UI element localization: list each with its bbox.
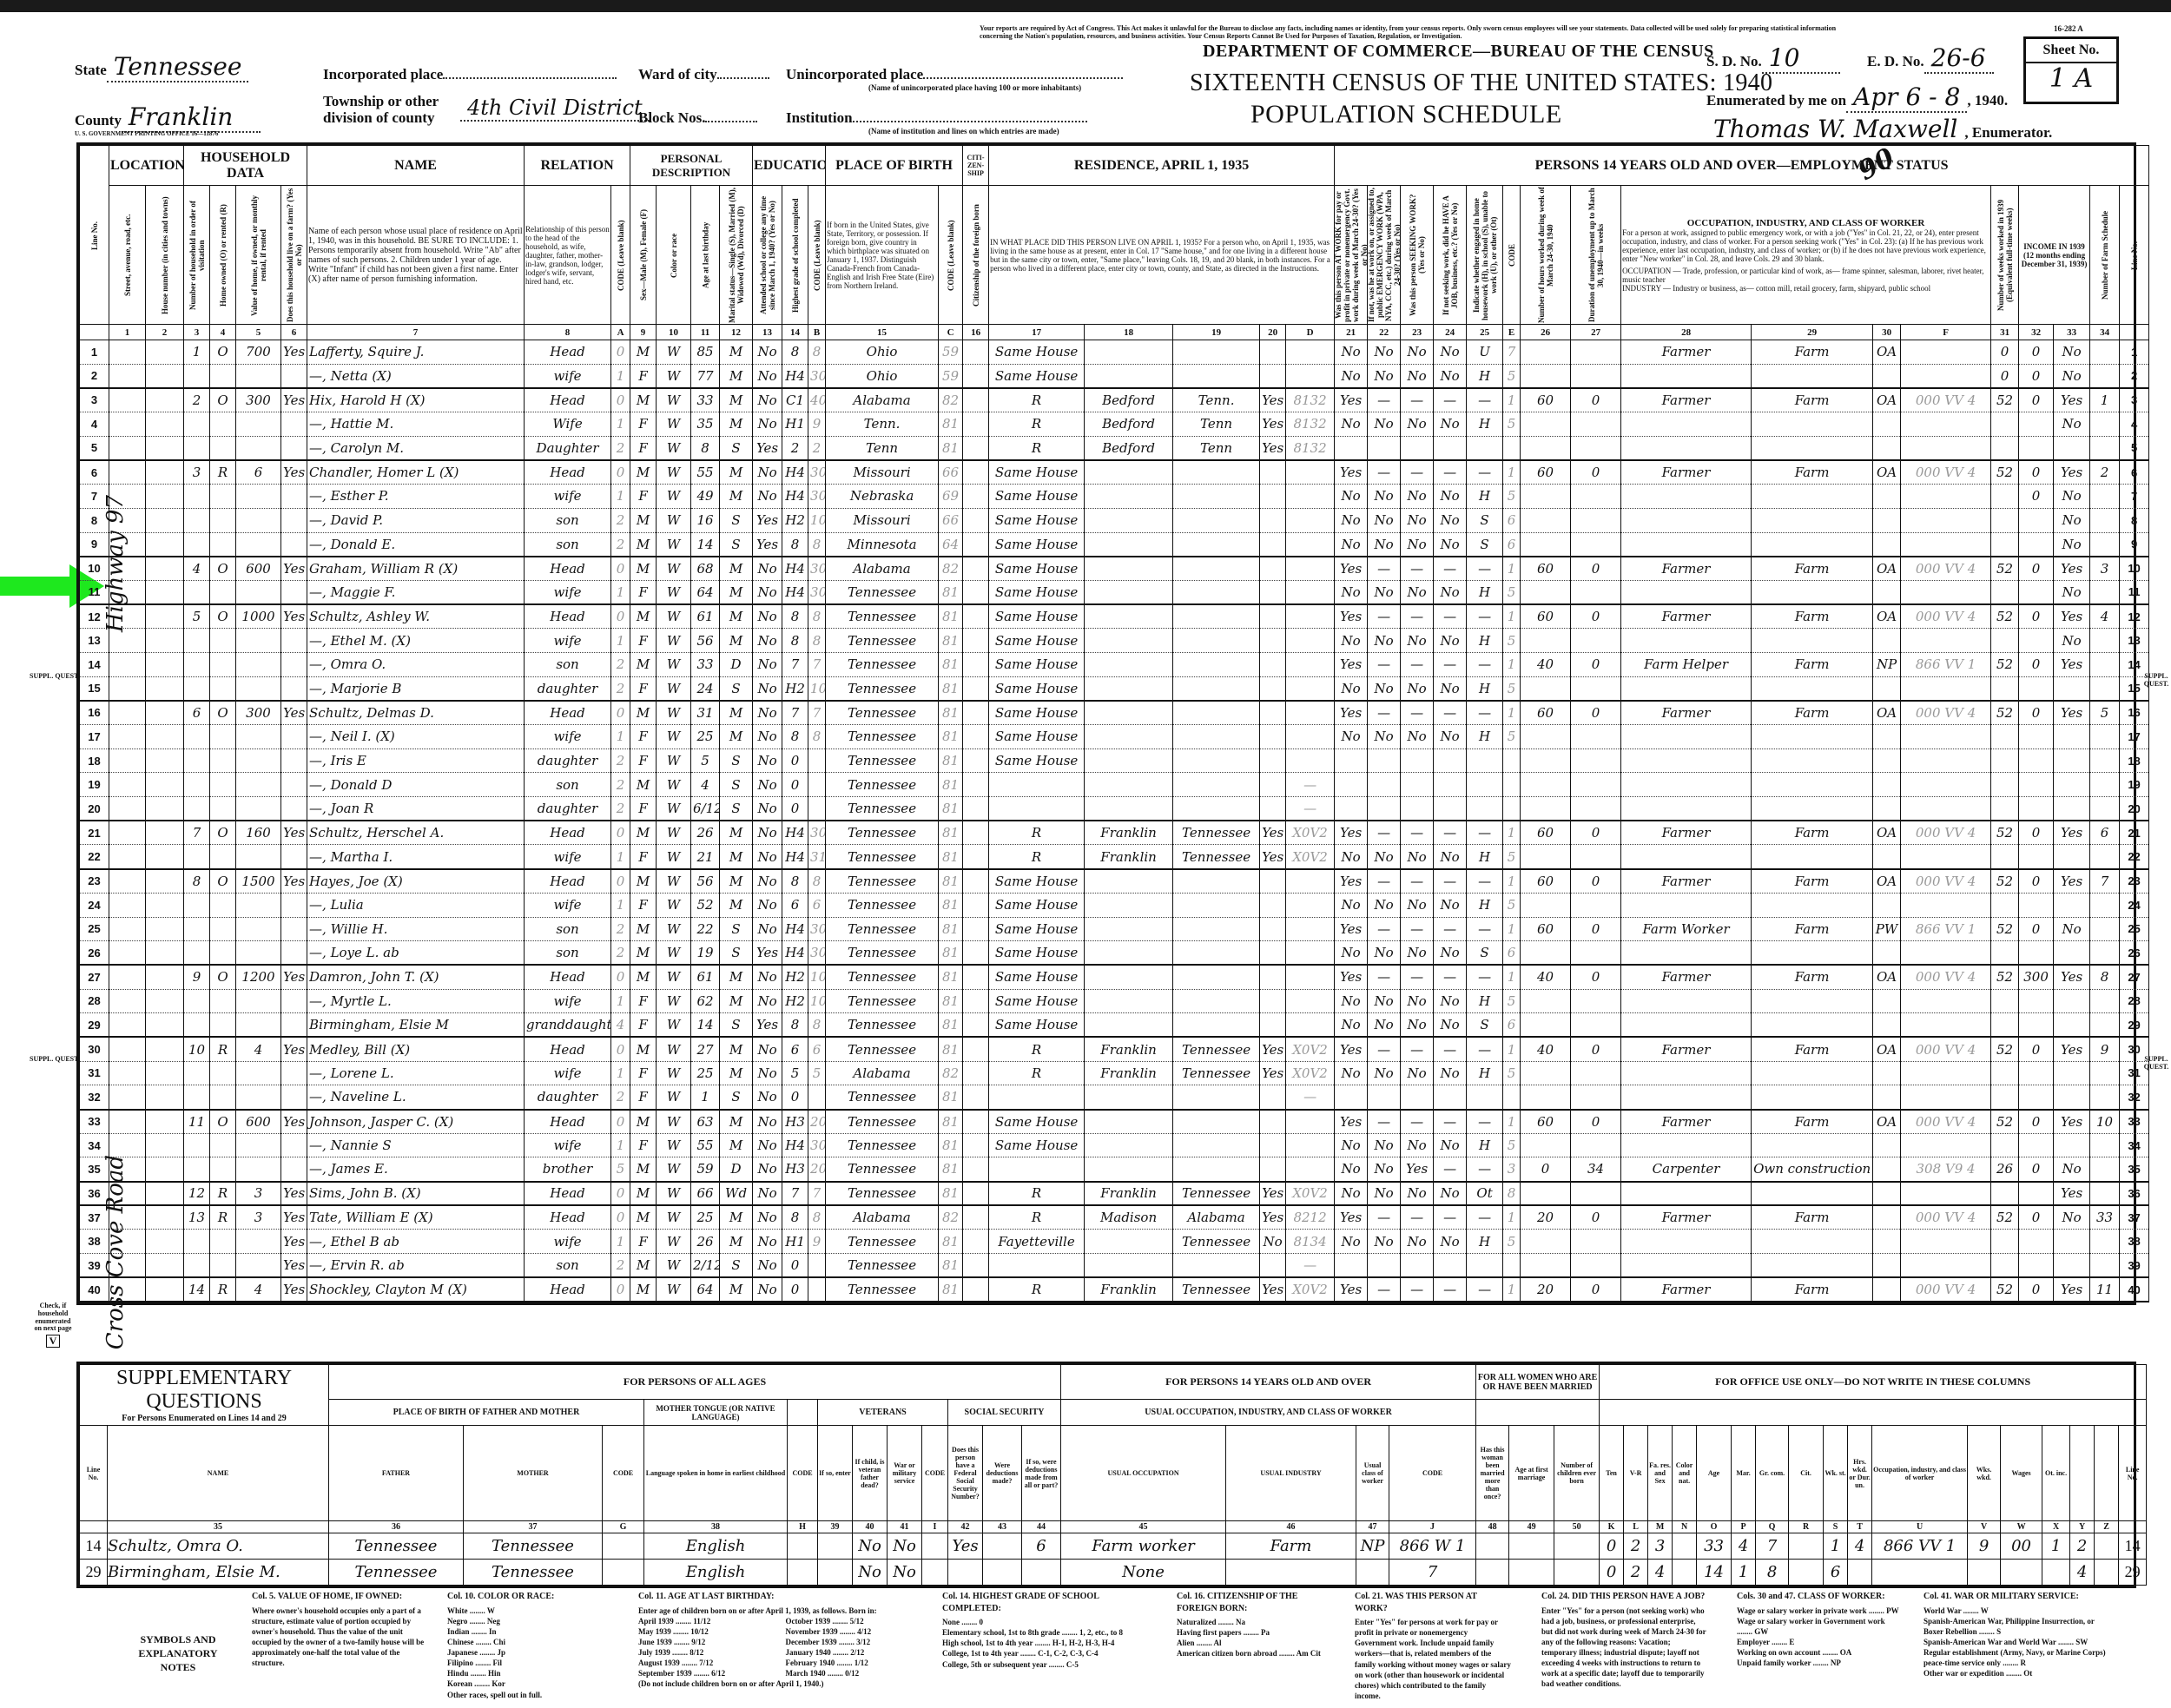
- cell-c27: [1571, 412, 1621, 437]
- cell-cit: [963, 917, 989, 941]
- cell-r20: [1260, 364, 1286, 388]
- table-row: 19—, Donald Dson2MW4SNo0Tennessee81—19: [80, 773, 2149, 797]
- line-number: 30: [2120, 1037, 2149, 1061]
- cell-race: W: [657, 1061, 691, 1085]
- cell-house: [146, 629, 184, 653]
- cell-hh: [184, 580, 210, 604]
- cell-mar: S: [720, 532, 753, 557]
- cell-occ: Farmer: [1621, 701, 1752, 725]
- cell-a: 1: [611, 893, 630, 917]
- cell-ind: [1752, 1133, 1873, 1157]
- cell-name: Hix, Harold H (X): [307, 388, 525, 412]
- line-number: 9: [2120, 532, 2149, 557]
- office-use-header: FOR OFFICE USE ONLY—DO NOT WRITE IN THES…: [1600, 1365, 2147, 1400]
- cell-grade: H3: [782, 1157, 808, 1182]
- cell-cit: [963, 965, 989, 989]
- cell-c27: 0: [1571, 557, 1621, 581]
- cell-street: [109, 773, 146, 797]
- cell-name: —, Lulia: [307, 893, 525, 917]
- cell-race: W: [657, 845, 691, 869]
- cell-c34: 1: [2090, 388, 2120, 412]
- cell-e: 5: [1503, 1133, 1521, 1157]
- cell-r18: [1085, 580, 1173, 604]
- cell-cit: [963, 460, 989, 485]
- cell-cit: [963, 388, 989, 412]
- cell-birth: Tennessee: [826, 965, 939, 989]
- cell-hh: 12: [184, 1182, 210, 1206]
- line-number: 19: [80, 773, 109, 797]
- cell-c32: 0: [2019, 1205, 2054, 1230]
- cell-r17: Same House: [989, 1013, 1085, 1038]
- cell-rel: Head: [525, 701, 611, 725]
- cell-hh: 10: [184, 1037, 210, 1061]
- cell-b: 40: [808, 388, 826, 412]
- col-line-no: Line No.: [80, 146, 109, 325]
- cell-birth: Tennessee: [826, 1085, 939, 1110]
- line-number: 34: [2120, 1133, 2149, 1157]
- cell-street: [109, 676, 146, 701]
- cell-sch: No: [753, 460, 782, 485]
- cell-c26: [1521, 364, 1571, 388]
- cell-grade: 6: [782, 893, 808, 917]
- sup-cell-w: 00: [2001, 1533, 2042, 1560]
- cell-e: 1: [1503, 917, 1521, 941]
- cell-c26: [1521, 580, 1571, 604]
- cell-cls: [1873, 1061, 1901, 1085]
- cell-c32: 0: [2019, 364, 2054, 388]
- cell-ind: Farm: [1752, 701, 1873, 725]
- cell-c24: —: [1434, 1037, 1467, 1061]
- cell-c25: H: [1467, 1230, 1503, 1254]
- note-item: Wage or salary worker in Government work…: [1737, 1616, 1902, 1637]
- cell-c34: 5: [2090, 701, 2120, 725]
- cell-farm: [281, 893, 307, 917]
- cell-cit: [963, 845, 989, 869]
- cell-c27: [1571, 436, 1621, 460]
- cell-cls: [1873, 532, 1901, 557]
- line-number: 7: [2120, 485, 2149, 509]
- cell-cls: OA: [1873, 869, 1901, 894]
- cell-race: W: [657, 869, 691, 894]
- cell-sch: No: [753, 1085, 782, 1110]
- cell-c24: —: [1434, 460, 1467, 485]
- cell-c33: No: [2054, 412, 2090, 437]
- cell-race: W: [657, 388, 691, 412]
- cell-c33: No: [2054, 508, 2090, 532]
- note-item: Employer ........ E: [1737, 1637, 1902, 1647]
- cell-ind: [1752, 1013, 1873, 1038]
- cell-race: W: [657, 364, 691, 388]
- cell-race: W: [657, 460, 691, 485]
- note-item: Spanish-American War and World War .....…: [1924, 1637, 2106, 1647]
- note-col11: Col. 11. AGE AT LAST BIRTHDAY:Enter age …: [638, 1591, 925, 1690]
- sup-cell-k: 0: [1600, 1533, 1624, 1560]
- cell-c22: [1368, 436, 1401, 460]
- cell-r19: Tennessee: [1173, 821, 1260, 845]
- cell-f: [1901, 580, 1991, 604]
- cell-r17: Same House: [989, 340, 1085, 365]
- cell-mar: Wd: [720, 1182, 753, 1206]
- sup-cell-j: 7: [1389, 1560, 1476, 1586]
- cell-c27: [1571, 1182, 1621, 1206]
- cell-r17: Same House: [989, 676, 1085, 701]
- cell-e: 1: [1503, 965, 1521, 989]
- cell-c27: [1571, 1133, 1621, 1157]
- cell-r17: Same House: [989, 532, 1085, 557]
- cell-c22: [1368, 797, 1401, 821]
- sup-cell-c48: [1476, 1533, 1509, 1560]
- cell-r19: Tennessee: [1173, 1037, 1260, 1061]
- line-number: 1: [80, 340, 109, 365]
- cell-r20: [1260, 580, 1286, 604]
- cell-c32: [2019, 845, 2054, 869]
- cell-hh: 14: [184, 1277, 210, 1302]
- cell-c23: [1401, 436, 1434, 460]
- cell-d: [1286, 508, 1335, 532]
- cell-a: 0: [611, 1182, 630, 1206]
- cell-f: [1901, 845, 1991, 869]
- cell-age: 59: [691, 1157, 720, 1182]
- cell-occ: Farm Worker: [1621, 917, 1752, 941]
- cell-ind: Farm: [1752, 557, 1873, 581]
- cell-c23: No: [1401, 941, 1434, 966]
- cell-race: W: [657, 748, 691, 773]
- group-citizenship: CITI-ZEN-SHIP: [963, 146, 989, 186]
- cell-r20: [1260, 989, 1286, 1013]
- cell-c: 81: [939, 1133, 963, 1157]
- cell-grade: 8: [782, 340, 808, 365]
- cell-c27: 0: [1571, 604, 1621, 629]
- cell-b: 8: [808, 869, 826, 894]
- cell-sex: M: [630, 557, 657, 581]
- cell-d: [1286, 532, 1335, 557]
- cell-r20: [1260, 1254, 1286, 1278]
- cell-name: —, Esther P.: [307, 485, 525, 509]
- cell-c32: [2019, 773, 2054, 797]
- cell-house: [146, 1230, 184, 1254]
- sup-cell-y: 4: [2070, 1560, 2095, 1586]
- cell-cls: [1873, 485, 1901, 509]
- cell-r17: Same House: [989, 460, 1085, 485]
- cell-value: 1500: [236, 869, 281, 894]
- cell-c26: [1521, 485, 1571, 509]
- cell-occ: [1621, 1013, 1752, 1038]
- cell-r17: Same House: [989, 917, 1085, 941]
- cell-age: 16: [691, 508, 720, 532]
- cell-grade: H4: [782, 1133, 808, 1157]
- cell-d: [1286, 1013, 1335, 1038]
- cell-c24: No: [1434, 340, 1467, 365]
- cell-house: [146, 652, 184, 676]
- cell-c25: —: [1467, 917, 1503, 941]
- cell-cls: OA: [1873, 821, 1901, 845]
- cell-race: W: [657, 1254, 691, 1278]
- supplementary-row: 14Schultz, Omra O.TennesseeTennesseeEngl…: [80, 1533, 2147, 1560]
- cell-rel: Wife: [525, 412, 611, 437]
- cell-name: —, Maggie F.: [307, 580, 525, 604]
- cell-c27: [1571, 989, 1621, 1013]
- cell-b: 30: [808, 941, 826, 966]
- cell-own: O: [210, 821, 236, 845]
- cell-c31: [1991, 1013, 2019, 1038]
- cell-birth: Tennessee: [826, 1277, 939, 1302]
- cell-cls: [1873, 1182, 1901, 1206]
- cell-e: 1: [1503, 557, 1521, 581]
- sup-cell-o: 33: [1697, 1533, 1732, 1560]
- cell-c: 81: [939, 917, 963, 941]
- cell-c23: —: [1401, 557, 1434, 581]
- sup-cell-l: 2: [1624, 1533, 1648, 1560]
- ed-field: E. D. No.26-6: [1867, 43, 1994, 74]
- cell-value: [236, 893, 281, 917]
- note-item: May 1939 ........ 10/12: [638, 1626, 778, 1637]
- cell-c21: No: [1335, 989, 1368, 1013]
- cell-grade: 8: [782, 725, 808, 749]
- cell-house: [146, 604, 184, 629]
- cell-name: —, Neil I. (X): [307, 725, 525, 749]
- cell-e: [1503, 436, 1521, 460]
- cell-a: 2: [611, 676, 630, 701]
- notes-title: SYMBOLS AND EXPLANATORY NOTES: [130, 1632, 226, 1675]
- cell-street: [109, 340, 146, 365]
- cell-c27: [1571, 773, 1621, 797]
- cell-c34: [2090, 989, 2120, 1013]
- cell-c23: —: [1401, 1037, 1434, 1061]
- cell-rel: Head: [525, 460, 611, 485]
- cell-c25: —: [1467, 1037, 1503, 1061]
- cell-c22: No: [1368, 340, 1401, 365]
- cell-c21: Yes: [1335, 1110, 1368, 1134]
- cell-house: [146, 893, 184, 917]
- note-item: March 1940 ........ 0/12: [786, 1668, 926, 1678]
- cell-r19: [1173, 917, 1260, 941]
- cell-sex: M: [630, 1110, 657, 1134]
- cell-race: W: [657, 1037, 691, 1061]
- cell-mar: D: [720, 1157, 753, 1182]
- cell-c26: 0: [1521, 1157, 1571, 1182]
- cell-c26: [1521, 1133, 1571, 1157]
- cell-c26: 60: [1521, 701, 1571, 725]
- cell-c: 81: [939, 1254, 963, 1278]
- cell-sex: F: [630, 1013, 657, 1038]
- cell-age: 85: [691, 340, 720, 365]
- cell-c25: [1467, 436, 1503, 460]
- group-location: LOCATION: [109, 146, 184, 186]
- cell-cit: [963, 1230, 989, 1254]
- sup-cell-cls: [1356, 1560, 1389, 1586]
- cell-cls: OA: [1873, 1110, 1901, 1134]
- cell-cit: [963, 1013, 989, 1038]
- cell-age: 64: [691, 1277, 720, 1302]
- cell-hh: [184, 1230, 210, 1254]
- cell-age: 49: [691, 485, 720, 509]
- note-item: August 1939 ........ 7/12: [638, 1658, 778, 1668]
- cell-r18: Franklin: [1085, 1037, 1173, 1061]
- cell-name: —, Carolyn M.: [307, 436, 525, 460]
- cell-hh: [184, 797, 210, 821]
- cell-occ: [1621, 845, 1752, 869]
- cell-farm: [281, 941, 307, 966]
- cell-occ: Farmer: [1621, 1110, 1752, 1134]
- note-item: December 1939 ........ 3/12: [786, 1637, 926, 1647]
- note-item: Alien ........ Al: [1177, 1638, 1333, 1648]
- cell-race: W: [657, 340, 691, 365]
- cell-race: W: [657, 1085, 691, 1110]
- cell-value: 600: [236, 557, 281, 581]
- cell-b: 5: [808, 1061, 826, 1085]
- cell-b: 2: [808, 436, 826, 460]
- cell-c25: S: [1467, 508, 1503, 532]
- cell-sch: No: [753, 917, 782, 941]
- cell-grade: 8: [782, 1205, 808, 1230]
- cell-c25: —: [1467, 869, 1503, 894]
- cell-street: [109, 1133, 146, 1157]
- sup-cell-i: [922, 1560, 948, 1586]
- sup-cell-q: 8: [1756, 1560, 1789, 1586]
- cell-c21: Yes: [1335, 652, 1368, 676]
- cell-c33: [2054, 773, 2090, 797]
- line-number: 20: [2120, 797, 2149, 821]
- cell-e: 6: [1503, 941, 1521, 966]
- cell-rel: Head: [525, 1037, 611, 1061]
- cell-mar: M: [720, 412, 753, 437]
- note-item: Korean ........ Kor: [447, 1678, 621, 1689]
- sup-cell-c40: No: [853, 1533, 888, 1560]
- cell-r19: Tenn: [1173, 436, 1260, 460]
- cell-b: 6: [808, 893, 826, 917]
- cell-sex: F: [630, 725, 657, 749]
- cell-c22: No: [1368, 412, 1401, 437]
- cell-sch: No: [753, 1205, 782, 1230]
- cell-c31: [1991, 532, 2019, 557]
- cell-r20: [1260, 748, 1286, 773]
- cell-c: 81: [939, 676, 963, 701]
- cell-e: 3: [1503, 1157, 1521, 1182]
- cell-f: 000 VV 4: [1901, 1277, 1991, 1302]
- sd-value: 10: [1762, 43, 1840, 74]
- cell-r18: [1085, 1110, 1173, 1134]
- cell-c21: Yes: [1335, 869, 1368, 894]
- cell-c22: —: [1368, 965, 1401, 989]
- note-item: College, 1st to 4th year ........ C-1, C…: [942, 1648, 1159, 1659]
- cell-hh: [184, 989, 210, 1013]
- note-item: July 1939 ........ 8/12: [638, 1647, 778, 1658]
- cell-sex: M: [630, 388, 657, 412]
- cell-c22: —: [1368, 821, 1401, 845]
- cell-d: 8132: [1286, 436, 1335, 460]
- cell-grade: 8: [782, 604, 808, 629]
- cell-house: [146, 388, 184, 412]
- cell-race: W: [657, 965, 691, 989]
- sup-cell-c50: [1554, 1560, 1600, 1586]
- cell-r17: R: [989, 1037, 1085, 1061]
- cell-c33: Yes: [2054, 1037, 2090, 1061]
- cell-c25: H: [1467, 989, 1503, 1013]
- table-row: 11—, Maggie F.wife1FW64MNoH430Tennessee8…: [80, 580, 2149, 604]
- cell-mar: S: [720, 1254, 753, 1278]
- cell-occ: [1621, 485, 1752, 509]
- cell-rel: Head: [525, 340, 611, 365]
- cell-ind: [1752, 773, 1873, 797]
- cell-a: 0: [611, 1277, 630, 1302]
- sup-cell-c41: No: [888, 1533, 922, 1560]
- cell-f: [1901, 989, 1991, 1013]
- cell-e: 6: [1503, 532, 1521, 557]
- cell-r18: Franklin: [1085, 1277, 1173, 1302]
- cell-sex: F: [630, 436, 657, 460]
- cell-c26: 60: [1521, 917, 1571, 941]
- cell-a: 2: [611, 652, 630, 676]
- cell-mar: S: [720, 797, 753, 821]
- cell-age: 14: [691, 1013, 720, 1038]
- cell-c31: 52: [1991, 460, 2019, 485]
- cell-r17: Same House: [989, 508, 1085, 532]
- line-number: 23: [80, 869, 109, 894]
- cell-c33: [2054, 1133, 2090, 1157]
- cell-c22: [1368, 773, 1401, 797]
- cell-c26: [1521, 676, 1571, 701]
- cell-mar: S: [720, 748, 753, 773]
- cell-own: R: [210, 1182, 236, 1206]
- cell-r17: [989, 773, 1085, 797]
- cell-r20: Yes: [1260, 821, 1286, 845]
- cell-rel: daughter: [525, 1085, 611, 1110]
- cell-c27: [1571, 845, 1621, 869]
- cell-own: [210, 676, 236, 701]
- cell-f: 000 VV 4: [1901, 869, 1991, 894]
- cell-c21: No: [1335, 1013, 1368, 1038]
- cell-house: [146, 821, 184, 845]
- cell-b: 10: [808, 508, 826, 532]
- cell-r18: [1085, 1013, 1173, 1038]
- cell-birth: Tennessee: [826, 725, 939, 749]
- cell-hh: [184, 941, 210, 966]
- cell-occ: [1621, 941, 1752, 966]
- cell-age: 25: [691, 1205, 720, 1230]
- cell-rel: brother: [525, 1157, 611, 1182]
- cell-grade: H2: [782, 965, 808, 989]
- cell-birth: Tennessee: [826, 1254, 939, 1278]
- cell-name: —, Marjorie B: [307, 676, 525, 701]
- cell-e: 1: [1503, 604, 1521, 629]
- cell-e: 5: [1503, 412, 1521, 437]
- cell-sex: F: [630, 364, 657, 388]
- cell-occ: Farmer: [1621, 340, 1752, 365]
- cell-e: 6: [1503, 1013, 1521, 1038]
- cell-c23: —: [1401, 821, 1434, 845]
- cell-farm: Yes: [281, 701, 307, 725]
- cell-name: —, David P.: [307, 508, 525, 532]
- cell-sex: F: [630, 1061, 657, 1085]
- cell-f: 000 VV 4: [1901, 701, 1991, 725]
- cell-mar: S: [720, 941, 753, 966]
- cell-hh: 8: [184, 869, 210, 894]
- line-number: 12: [2120, 604, 2149, 629]
- cell-c34: [2090, 436, 2120, 460]
- check-box[interactable]: V: [46, 1335, 60, 1348]
- cell-value: 4: [236, 1037, 281, 1061]
- cell-sex: M: [630, 604, 657, 629]
- sup-cell-y: 2: [2070, 1533, 2095, 1560]
- note-item: World War ........ W: [1924, 1606, 2106, 1616]
- cell-c27: 0: [1571, 1205, 1621, 1230]
- cell-age: 33: [691, 652, 720, 676]
- cell-race: W: [657, 701, 691, 725]
- cell-c24: —: [1434, 388, 1467, 412]
- note-item: Other races, spell out in full.: [447, 1690, 621, 1700]
- cell-c: 81: [939, 1037, 963, 1061]
- cell-farm: [281, 532, 307, 557]
